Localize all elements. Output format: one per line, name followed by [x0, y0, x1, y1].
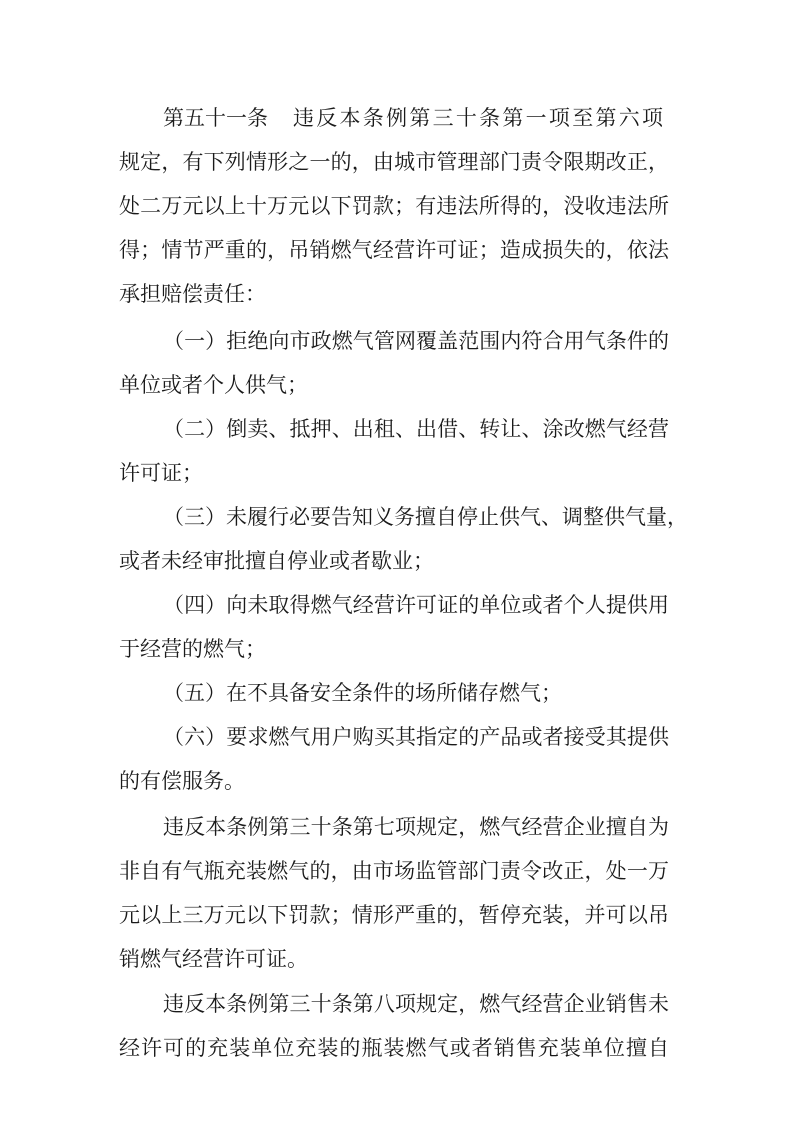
paragraph-line: 处二万元以上十万元以下罚款；有违法所得的，没收违法所 [119, 191, 669, 221]
paragraph-2-line: 违反本条例第三十条第七项规定，燃气经营企业擅自为 [163, 812, 669, 842]
article-number: 第五十一条 [163, 103, 293, 133]
article-first-line: 违反本条例第三十条第一项至第六项 [293, 103, 663, 133]
list-item-6-cont: 的有偿服务。 [119, 766, 669, 796]
list-item-6: （六）要求燃气用户购买其指定的产品或者接受其提供 [163, 722, 669, 752]
paragraph-line: 得；情节严重的，吊销燃气经营许可证；造成损失的，依法 [119, 235, 669, 265]
list-item-1-cont: 单位或者个人供气； [119, 370, 669, 400]
paragraph-3-line: 经许可的充装单位充装的瓶装燃气或者销售充装单位擅自 [119, 1033, 669, 1063]
paragraph-2-line: 销燃气经营许可证。 [119, 944, 669, 974]
list-item-3: （三）未履行必要告知义务擅自停止供气、调整供气量， [163, 502, 669, 532]
paragraph-3-line: 违反本条例第三十条第八项规定，燃气经营企业销售未 [163, 989, 669, 1019]
list-item-1: （一）拒绝向市政燃气管网覆盖范围内符合用气条件的 [163, 326, 669, 356]
paragraph-2-line: 非自有气瓶充装燃气的，由市场监管部门责令改正，处一万 [119, 856, 669, 886]
paragraph-line: 规定，有下列情形之一的，由城市管理部门责令限期改正， [119, 147, 669, 177]
list-item-2-cont: 许可证； [119, 458, 669, 488]
document-page: 第五十一条违反本条例第三十条第一项至第六项 规定，有下列情形之一的，由城市管理部… [0, 0, 793, 1122]
list-item-4: （四）向未取得燃气经营许可证的单位或者个人提供用 [163, 590, 669, 620]
list-item-4-cont: 于经营的燃气； [119, 634, 669, 664]
list-item-5: （五）在不具备安全条件的场所储存燃气； [163, 678, 669, 708]
list-item-3-cont: 或者未经审批擅自停业或者歇业； [119, 546, 669, 576]
paragraph-2-line: 元以上三万元以下罚款；情形严重的，暂停充装，并可以吊 [119, 900, 669, 930]
article-heading-line: 第五十一条违反本条例第三十条第一项至第六项 [163, 103, 669, 133]
paragraph-line: 承担赔偿责任： [119, 279, 669, 309]
list-item-2: （二）倒卖、抵押、出租、出借、转让、涂改燃气经营 [163, 414, 669, 444]
